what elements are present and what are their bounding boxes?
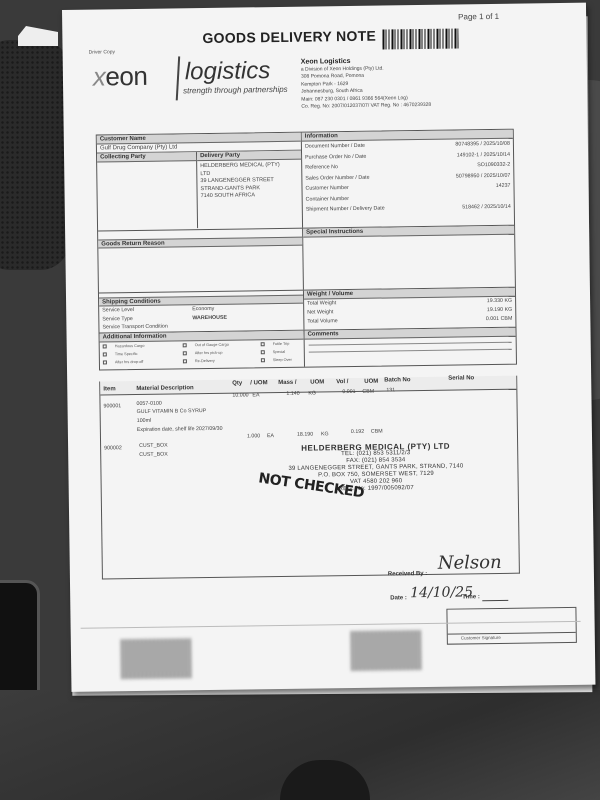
checkbox-after-hrs-dropoff[interactable] xyxy=(103,360,107,364)
background-car-seat xyxy=(0,40,70,270)
company-line: Co. Reg. No: 2007/012037/07/ VAT Reg. No… xyxy=(301,102,431,111)
goods-return-header: Goods Return Reason xyxy=(98,237,302,249)
option-label: Out of Gauge Cargo xyxy=(195,342,261,347)
logo-eon: eon xyxy=(105,61,147,92)
checkbox-after-hrs-pickup[interactable] xyxy=(183,351,187,355)
option-label: After hrs pick-up xyxy=(195,350,261,355)
col-vol: Vol / xyxy=(336,379,348,385)
checkbox-futile-trip[interactable] xyxy=(261,342,265,346)
collecting-party-header: Collecting Party xyxy=(97,152,196,162)
col-description: Material Description xyxy=(136,385,193,392)
document-title: GOODS DELIVERY NOTE xyxy=(202,28,376,46)
time-field xyxy=(482,600,508,601)
page-number: Page 1 of 1 xyxy=(458,12,499,22)
shipping-section: Shipping Conditions Service LevelEconomy… xyxy=(99,291,305,333)
paper-clip xyxy=(18,26,58,46)
col-qty: Qty xyxy=(232,381,242,387)
goods-return-section: Goods Return Reason xyxy=(98,229,304,293)
additional-info-section: Additional Information Hazardous Cargo O… xyxy=(100,331,305,370)
logo-logistics: logistics xyxy=(185,57,271,86)
date-label: Date : xyxy=(390,595,407,601)
col-batch: Batch No xyxy=(384,377,410,383)
col-item: Item xyxy=(103,386,115,392)
customer-section: Customer Name Gulf Drug Company (Pty) Lt… xyxy=(97,133,303,231)
col-uom: / UOM xyxy=(250,380,267,386)
header-grid: Customer Name Gulf Drug Company (Pty) Lt… xyxy=(96,129,517,371)
checkbox-hazardous[interactable] xyxy=(103,344,107,348)
special-instructions-header: Special Instructions xyxy=(303,226,514,238)
delivery-party-address: HELDERBERG MEDICAL (PTY) LTD 39 LANGENEG… xyxy=(197,160,302,203)
checkbox-re-delivery[interactable] xyxy=(183,359,187,363)
barcode-icon xyxy=(382,28,458,49)
logo-divider xyxy=(176,56,180,100)
delivery-line: 7140 SOUTH AFRICA xyxy=(201,192,299,201)
logo-x: x xyxy=(93,61,106,91)
option-label: Time Specific xyxy=(115,351,183,356)
customer-signature-label: Customer Signature xyxy=(461,635,501,641)
option-label: Hazardous Cargo xyxy=(115,343,183,348)
copy-label: Driver Copy xyxy=(89,49,115,55)
checkbox-special[interactable] xyxy=(261,350,265,354)
special-instructions-section: Special Instructions xyxy=(303,226,515,290)
weight-row: Total Volume0.001 CBM xyxy=(304,315,515,327)
comments-section: Comments xyxy=(305,328,516,367)
col-mass-uom: UOM xyxy=(310,379,324,385)
delivery-note-page: Driver Copy GOODS DELIVERY NOTE Page 1 o… xyxy=(62,3,595,692)
option-label: After hrs drop-off xyxy=(115,359,183,364)
col-vol-uom: UOM xyxy=(364,379,378,385)
time-label: Time : xyxy=(462,594,480,600)
option-label: Re-Delivery xyxy=(195,358,261,363)
weight-volume-section: Weight / Volume Total Weight19.330 KG Ne… xyxy=(304,288,516,330)
checkbox-sleep-over[interactable] xyxy=(261,358,265,362)
col-mass: Mass / xyxy=(278,380,296,386)
information-section: Information Document Number / Date807483… xyxy=(302,130,514,228)
comments-header: Comments xyxy=(305,328,516,340)
company-address: Xeon Logistics a Division of Xeon Holdin… xyxy=(301,57,432,111)
col-serial: Serial No xyxy=(448,375,474,381)
logo-tagline: strength through partnerships xyxy=(183,85,288,95)
checkbox-out-of-gauge[interactable] xyxy=(183,343,187,347)
carbon-smudge xyxy=(351,630,422,671)
received-by-label: Received By : xyxy=(388,571,427,578)
info-row: Shipment Number / Delivery Date518462 / … xyxy=(303,202,514,215)
received-by-signature: Nelson xyxy=(438,552,502,574)
checkbox-time-specific[interactable] xyxy=(103,352,107,356)
carbon-smudge xyxy=(121,638,192,679)
